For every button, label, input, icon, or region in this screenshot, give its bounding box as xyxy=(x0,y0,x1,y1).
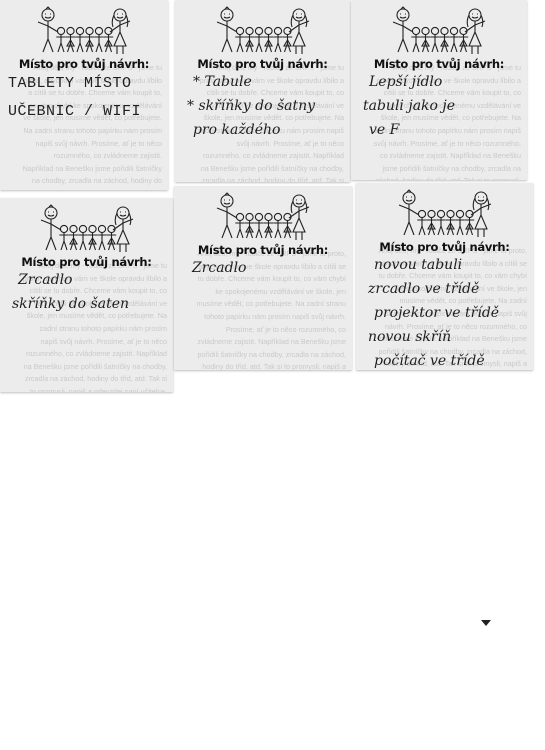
handwritten-line: tabuli jako je xyxy=(359,94,523,118)
suggestion-card-4: Ahoj děti, my - rodiče ze SRPŠ - jsme tu… xyxy=(0,198,173,392)
handwritten-suggestion: Zrcadlo xyxy=(182,256,348,280)
handwritten-line: novou tabuli xyxy=(364,253,529,277)
handwritten-suggestion: novou tabulizrcadlo ve tříděprojektor ve… xyxy=(364,253,529,370)
handwritten-line: zrcadlo ve třídě xyxy=(364,277,529,301)
handwritten-line: pro každého xyxy=(183,118,346,142)
stick-figure-family-icon xyxy=(34,6,134,56)
suggestion-card-3: Ahoj děti, my - rodiče ze SRPŠ - jsme tu… xyxy=(351,0,527,180)
card-heading: Místo pro tvůj návrh: xyxy=(175,57,350,71)
handwritten-line: počítač ve třídě xyxy=(364,349,529,370)
stick-figure-family-icon xyxy=(213,192,313,242)
stick-figure-family-icon xyxy=(37,204,137,254)
suggestion-card-5: Ahoj děti, my - rodiče ze SRPŠ - jsme tu… xyxy=(174,186,352,370)
handwritten-line: * Tabule xyxy=(183,70,346,94)
handwritten-line: Zrcadlo xyxy=(8,268,169,292)
handwritten-line: ve F xyxy=(359,118,523,142)
card-heading: Místo pro tvůj návrh: xyxy=(0,255,173,269)
handwritten-line: * skříňky do šatny xyxy=(183,94,346,118)
stick-figure-family-icon xyxy=(395,189,495,239)
handwritten-line: skříňky do šaten xyxy=(8,292,169,316)
handwritten-suggestion: Zrcadloskříňky do šaten xyxy=(8,268,169,316)
handwritten-line: UČEBNIC / WIFI xyxy=(8,98,164,126)
handwritten-suggestion: Lepší jídlotabuli jako jeve F xyxy=(359,70,523,142)
card-heading: Místo pro tvůj návrh: xyxy=(351,57,527,71)
suggestion-card-6: Ahoj děti, my - rodiče ze SRPŠ - jsme tu… xyxy=(356,183,533,370)
card-heading: Místo pro tvůj návrh: xyxy=(356,240,533,254)
handwritten-line: TABLETY MÍSTO xyxy=(8,70,164,98)
triangle-down-icon xyxy=(481,620,491,626)
handwritten-line: Zrcadlo xyxy=(182,256,348,280)
handwritten-line: Lepší jídlo xyxy=(359,70,523,94)
card-heading: Místo pro tvůj návrh: xyxy=(0,57,168,71)
stick-figure-family-icon xyxy=(213,6,313,56)
suggestion-card-1: Ahoj děti, my - rodiče ze SRPŠ - jsme tu… xyxy=(0,0,168,190)
suggestion-card-2: Ahoj děti, my - rodiče ze SRPŠ - jsme tu… xyxy=(175,0,350,182)
handwritten-suggestion: * Tabule* skříňky do šatnypro každého xyxy=(183,70,346,142)
handwritten-suggestion: TABLETY MÍSTOUČEBNIC / WIFI xyxy=(8,70,164,126)
handwritten-line: novou skříň xyxy=(364,325,529,349)
card-heading: Místo pro tvůj návrh: xyxy=(174,243,352,257)
stick-figure-family-icon xyxy=(389,6,489,56)
handwritten-line: projektor ve třídě xyxy=(364,301,529,325)
